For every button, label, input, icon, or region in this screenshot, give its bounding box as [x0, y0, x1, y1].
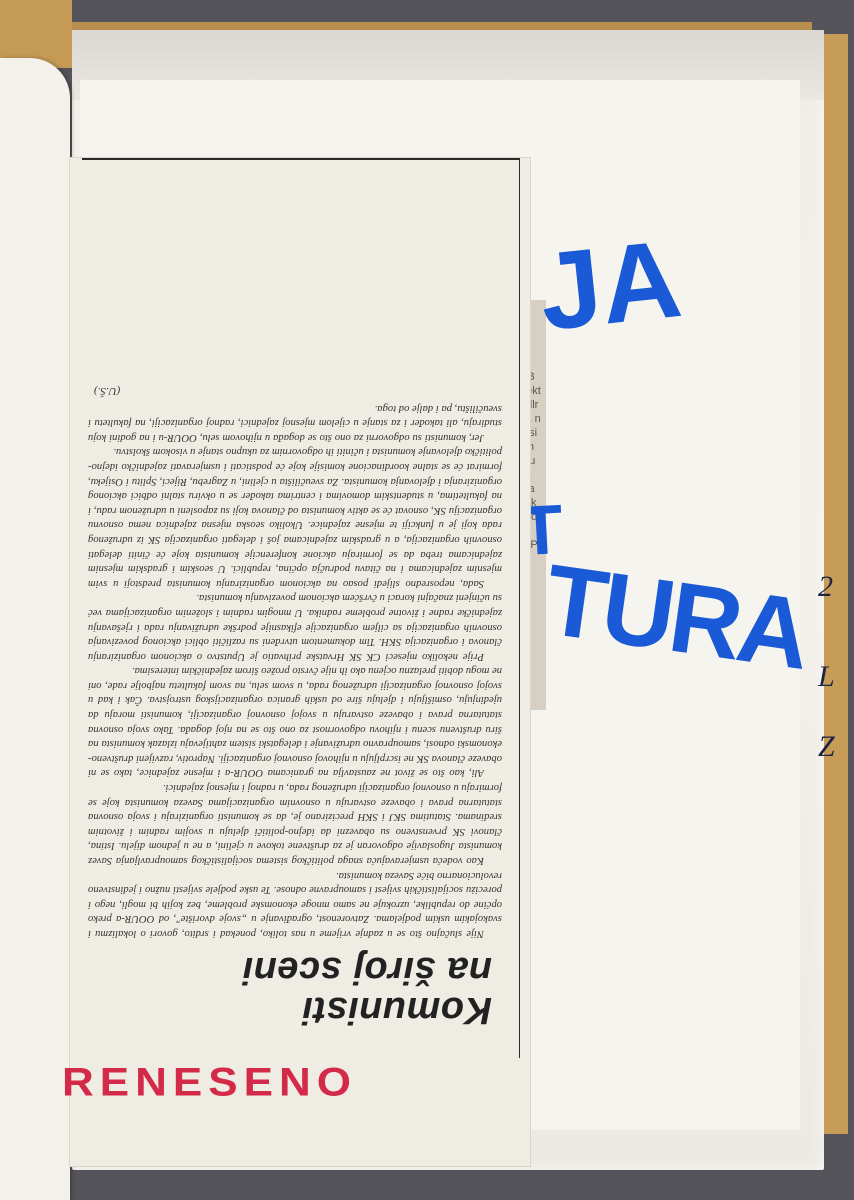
clipping-paragraph: Kao vodeća usmjeravajuća snaga političko… [88, 779, 502, 867]
red-marker-annotation: RENESENO [62, 1061, 357, 1106]
pen-mark: L [818, 660, 835, 694]
blue-marker-ja: JA [534, 215, 687, 356]
clipping-paragraph: Sada, neposredno slijedi posao na akcion… [88, 444, 502, 590]
headline-line-1: Komunisti [90, 990, 492, 1030]
clipping-content-upside-down: Komunisti na široj sceni Nije slučajno š… [82, 168, 512, 1048]
clipping-paragraph: Jer, komunisti su odgovorni za ono što s… [88, 400, 502, 444]
pen-mark: 2 [818, 570, 833, 604]
clipping-body: Nije slučajno što se u zadnje vrijeme u … [82, 383, 512, 940]
clipping-paragraph: Ali, kao što se život ne zaustavlja na g… [88, 663, 502, 780]
clipping-paragraph: Nije slučajno što se u zadnje vrijeme u … [88, 867, 502, 940]
left-folder-page [0, 58, 70, 1200]
clipping-signature: (U.Š.) [88, 383, 502, 398]
clipping-headline: Komunisti na široj sceni [82, 940, 512, 1048]
headline-line-2: na široj sceni [90, 950, 492, 990]
newspaper-clipping: Komunisti na široj sceni Nije slučajno š… [70, 158, 530, 1166]
pen-mark: Z [818, 730, 835, 764]
clipping-paragraph: Prije nekoliko mjeseci CK SK Hrvatske pr… [88, 590, 502, 663]
